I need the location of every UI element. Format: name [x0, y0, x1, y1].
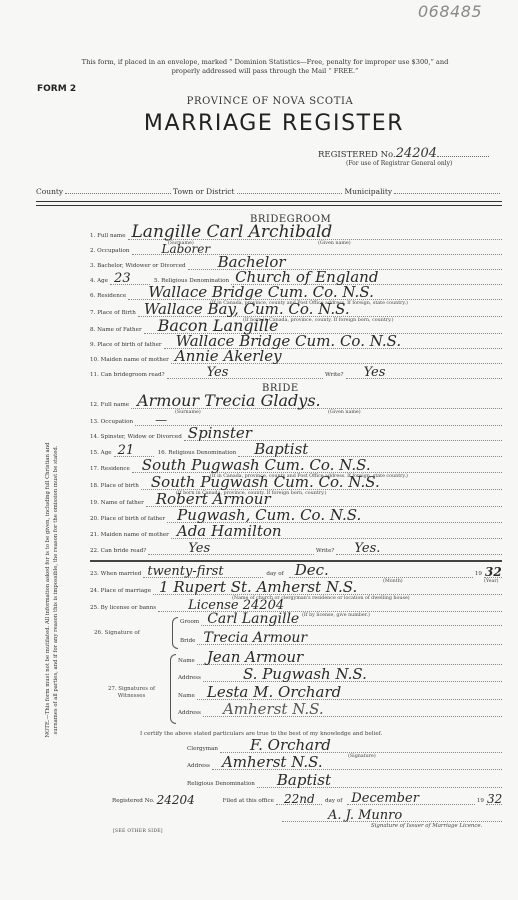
day-of-label: day of	[266, 571, 283, 578]
bride-birthplace-row: 18. Place of birth South Pugwash Cum. Co…	[90, 478, 502, 490]
witness1-name-field[interactable]: Jean Armour	[197, 652, 502, 665]
divider	[36, 201, 502, 206]
archive-stamp-number: 068485	[418, 2, 482, 21]
groom-full-name-field[interactable]: Langille Carl Archibald	[128, 227, 502, 240]
groom-father-birthplace-label: 9. Place of birth of father	[90, 342, 162, 349]
bride-read-label: 22. Can bride read?	[90, 548, 146, 555]
clergyman-religion-field[interactable]: Baptist	[257, 775, 502, 788]
bride-birthplace-label: 18. Place of birth	[90, 483, 139, 490]
province-heading: PROVINCE OF NOVA SCOTIA	[170, 96, 370, 107]
brace	[170, 654, 176, 724]
groom-birthplace-label: 7. Place of Birth	[90, 310, 136, 317]
issuer-signature-field[interactable]: A. J. Munro	[282, 809, 502, 822]
registered-value: 24204	[396, 146, 437, 161]
groom-age-label: 4. Age	[90, 278, 108, 285]
groom-age-value: 23	[114, 271, 131, 286]
groom-full-name-value: Langille Carl Archibald	[132, 222, 333, 242]
year-prefix: 19	[475, 571, 482, 578]
filing-registered-label: Registered No.	[112, 798, 155, 805]
groom-signature-row: Groom Carl Langille	[180, 614, 502, 626]
bride-father-birthplace-label: 20. Place of birth of father	[90, 516, 165, 523]
bride-write-value: Yes.	[354, 541, 380, 556]
clergyman-religion-value: Baptist	[277, 771, 331, 789]
groom-read-field[interactable]: Yes	[167, 366, 323, 379]
filed-year-field[interactable]: 32	[486, 792, 502, 805]
groom-occupation-label: 2. Occupation	[90, 248, 130, 255]
filed-day-value: 22nd	[284, 792, 315, 806]
bride-write-label: Write?	[316, 548, 335, 555]
bride-residence-field[interactable]: South Pugwash Cum. Co. N.S.	[132, 460, 502, 473]
groom-mother-value: Annie Akerley	[175, 347, 282, 365]
side-note-line1: NOTE.—This form must not be mutilated. A…	[44, 380, 52, 800]
issuer-signature-value: A. J. Munro	[328, 808, 402, 823]
groom-residence-label: 6. Residence	[90, 293, 126, 300]
filed-day-field[interactable]: 22nd	[276, 792, 322, 805]
place-of-marriage-field[interactable]: 1 Rupert St. Amherst N.S.	[153, 582, 502, 595]
groom-father-birthplace-row: 9. Place of birth of father Wallace Brid…	[90, 337, 502, 349]
marriage-month-value: Dec.	[295, 561, 329, 579]
clergyman-label: Clergyman	[187, 746, 218, 753]
marriage-day-value: twenty-first	[147, 564, 223, 579]
groom-mother-label: 10. Maiden name of mother	[90, 357, 169, 364]
witness2-address-field[interactable]: Amherst N.S.	[203, 704, 502, 717]
signatures-label: 26. Signature of	[94, 630, 140, 636]
marriage-month-field[interactable]: Dec.	[289, 565, 473, 578]
witnesses-label-line2: Witnesses	[108, 693, 155, 700]
page-title: MARRIAGE REGISTER	[134, 111, 414, 136]
bride-full-name-row: 12. Full name Armour Trecia Gladys.	[90, 397, 502, 409]
groom-birthplace-row: 7. Place of Birth Wallace Bay, Cum. Co. …	[90, 305, 502, 317]
bride-status-label: 14. Spinster, Widow or Divorced	[90, 434, 182, 441]
witness2-name-field[interactable]: Lesta M. Orchard	[197, 687, 502, 700]
bride-residence-row: 17. Residence South Pugwash Cum. Co. N.S…	[90, 461, 502, 473]
postal-notice-line1: This form, if placed in an envelope, mar…	[60, 58, 470, 67]
groom-occupation-value: Laborer	[162, 242, 211, 256]
groom-occupation-field[interactable]: Laborer	[132, 242, 503, 255]
groom-signature-label: Groom	[180, 619, 199, 626]
issuer-signature-row: A. J. Munro	[282, 810, 502, 822]
bride-mother-value: Ada Hamilton	[177, 522, 282, 540]
when-married-row: 23. When married twenty-first day of Dec…	[90, 566, 502, 578]
clergyman-address-label: Address	[187, 763, 210, 770]
groom-age-field[interactable]: 23	[110, 272, 150, 285]
clergyman-religion-label: Religious Denomination	[187, 781, 255, 788]
filed-year-value: 32	[487, 792, 502, 806]
marriage-year-field[interactable]: 32	[484, 565, 502, 578]
day-of-label: day of	[325, 798, 342, 805]
clergyman-address-row: Address Amherst N.S.	[187, 758, 502, 770]
bride-age-label: 15. Age	[90, 450, 112, 457]
bride-residence-label: 17. Residence	[90, 466, 130, 473]
groom-signature-field[interactable]: Carl Langille	[201, 613, 502, 626]
bride-full-name-label: 12. Full name	[90, 402, 129, 409]
witness1-name-row: Name Jean Armour	[178, 653, 502, 665]
bride-father-birthplace-row: 20. Place of birth of father Pugwash, Cu…	[90, 511, 502, 523]
postal-notice: This form, if placed in an envelope, mar…	[60, 58, 470, 76]
bride-mother-field[interactable]: Ada Hamilton	[171, 526, 502, 539]
witness2-name-label: Name	[178, 693, 195, 700]
groom-residence-row: 6. Residence Wallace Bridge Cum. Co. N.S…	[90, 288, 502, 300]
groom-mother-row: 10. Maiden name of mother Annie Akerley	[90, 352, 502, 364]
municipality-field[interactable]	[394, 185, 500, 194]
clergyman-address-field[interactable]: Amherst N.S.	[212, 757, 502, 770]
witness1-address-label: Address	[178, 675, 201, 682]
groom-full-name-row: 1. Full name Langille Carl Archibald	[90, 228, 502, 240]
clergyman-row: Clergyman F. Orchard	[187, 741, 502, 753]
bride-occupation-row: 13. Occupation —	[90, 414, 502, 426]
groom-write-value: Yes	[364, 365, 386, 380]
filed-month-value: December	[351, 791, 419, 806]
bride-read-field[interactable]: Yes	[148, 542, 314, 555]
filing-registered-value: 24204	[157, 793, 195, 807]
municipality-label: Municipality	[344, 187, 392, 196]
groom-write-label: Write?	[325, 372, 344, 379]
groom-residence-field[interactable]: Wallace Bridge Cum. Co. N.S.	[128, 287, 502, 300]
county-label: County	[36, 187, 63, 196]
bride-father-label: 19. Name of father	[90, 500, 144, 507]
bride-signature-row: Bride Trecia Armour	[180, 633, 502, 645]
clergyman-address-value: Amherst N.S.	[222, 753, 323, 771]
groom-read-label: 11. Can bridegroom read?	[90, 372, 165, 379]
groom-literacy-row: 11. Can bridegroom read? Yes Write? Yes	[90, 367, 502, 379]
witness2-address-value: Amherst N.S.	[223, 700, 324, 718]
when-married-label: 23. When married	[90, 571, 141, 578]
town-label: Town or District	[173, 187, 235, 196]
bride-signature-field[interactable]: Trecia Armour	[197, 632, 502, 645]
brace	[172, 617, 178, 649]
registered-label: REGISTERED No.	[318, 150, 396, 160]
groom-mother-field[interactable]: Annie Akerley	[171, 351, 502, 364]
postal-notice-line2: properly addressed will pass through the…	[60, 67, 470, 76]
witness1-name-value: Jean Armour	[207, 648, 303, 666]
witness2-name-value: Lesta M. Orchard	[207, 683, 341, 701]
filing-row: Registered No. 24204 Filed at this offic…	[112, 793, 502, 805]
side-note: NOTE.—This form must not be mutilated. A…	[44, 380, 60, 800]
clergyman-signature-field[interactable]: F. Orchard	[220, 740, 502, 753]
bride-occupation-label: 13. Occupation	[90, 419, 133, 426]
bride-write-field[interactable]: Yes.	[336, 542, 502, 555]
bride-residence-value: South Pugwash Cum. Co. N.S.	[142, 456, 371, 474]
bride-signature-value: Trecia Armour	[203, 630, 307, 646]
bride-age-value: 21	[118, 443, 135, 458]
groom-status-label: 3. Bachelor, Widower or Divorced	[90, 263, 186, 270]
bride-signature-label: Bride	[180, 638, 195, 645]
town-field[interactable]	[237, 185, 343, 194]
side-note-line2: surnames of all parties, and if for any …	[52, 380, 60, 800]
bride-birthplace-value: South Pugwash Cum. Co. N.S.	[151, 473, 380, 491]
year-prefix: 19	[477, 798, 484, 805]
bleed-through-text	[240, 131, 242, 139]
witnesses-label: 27. Signatures of Witnesses	[108, 686, 155, 700]
bride-status-field[interactable]: Spinster	[184, 428, 502, 441]
bride-full-name-field[interactable]: Armour Trecia Gladys.	[131, 396, 502, 409]
place-of-marriage-row: 24. Place of marriage 1 Rupert St. Amher…	[90, 583, 502, 595]
filed-month-field[interactable]: December	[347, 792, 475, 805]
marriage-year-value: 32	[485, 565, 502, 579]
bride-mother-label: 21. Maiden name of mother	[90, 532, 169, 539]
groom-father-label: 8. Name of Father	[90, 327, 142, 334]
bride-read-value: Yes	[188, 541, 210, 556]
marriage-day-field[interactable]: twenty-first	[143, 565, 263, 578]
witness1-address-value: S. Pugwash N.S.	[243, 665, 367, 683]
witness2-name-row: Name Lesta M. Orchard	[178, 688, 502, 700]
license-label: 25. By license or banns	[90, 605, 156, 612]
groom-full-name-label: 1. Full name	[90, 233, 126, 240]
groom-signature-value: Carl Langille	[207, 611, 299, 627]
filed-label: Filed at this office	[223, 798, 274, 805]
bride-full-name-value: Armour Trecia Gladys.	[137, 391, 321, 410]
bride-occupation-value: —	[155, 413, 167, 427]
county-field[interactable]	[65, 185, 171, 194]
filing-registered-field[interactable]: 24204	[157, 793, 217, 805]
clergyman-signature-value: F. Orchard	[250, 736, 331, 754]
location-row: County Town or District Municipality	[36, 185, 502, 196]
witness1-address-row: Address S. Pugwash N.S.	[178, 670, 502, 682]
witnesses-label-line1: 27. Signatures of	[108, 686, 155, 693]
bride-status-value: Spinster	[188, 424, 252, 442]
groom-write-field[interactable]: Yes	[346, 366, 502, 379]
witness2-address-label: Address	[178, 710, 201, 717]
registrar-note: (For use of Registrar General only)	[346, 160, 452, 167]
groom-occupation-row: 2. Occupation Laborer	[90, 243, 502, 255]
groom-read-value: Yes	[207, 365, 229, 380]
witness1-address-field[interactable]: S. Pugwash N.S.	[203, 669, 502, 682]
place-of-marriage-label: 24. Place of marriage	[90, 588, 151, 595]
registered-number-field: REGISTERED No.24204	[318, 146, 489, 161]
form-label: FORM 2	[37, 84, 76, 94]
bride-literacy-row: 22. Can bride read? Yes Write? Yes.	[90, 543, 502, 555]
bride-birthplace-field[interactable]: South Pugwash Cum. Co. N.S.	[141, 477, 502, 490]
clergyman-religion-row: Religious Denomination Baptist	[187, 776, 502, 788]
groom-residence-value: Wallace Bridge Cum. Co. N.S.	[148, 283, 374, 301]
witness2-address-row: Address Amherst N.S.	[178, 705, 502, 717]
bride-mother-row: 21. Maiden name of mother Ada Hamilton	[90, 527, 502, 539]
issuer-label: Signature of Issuer of Marriage Licence.	[371, 823, 482, 829]
witness1-name-label: Name	[178, 658, 195, 665]
see-other-side: [SEE OTHER SIDE]	[113, 829, 163, 834]
place-of-marriage-value: 1 Rupert St. Amherst N.S.	[159, 578, 357, 596]
